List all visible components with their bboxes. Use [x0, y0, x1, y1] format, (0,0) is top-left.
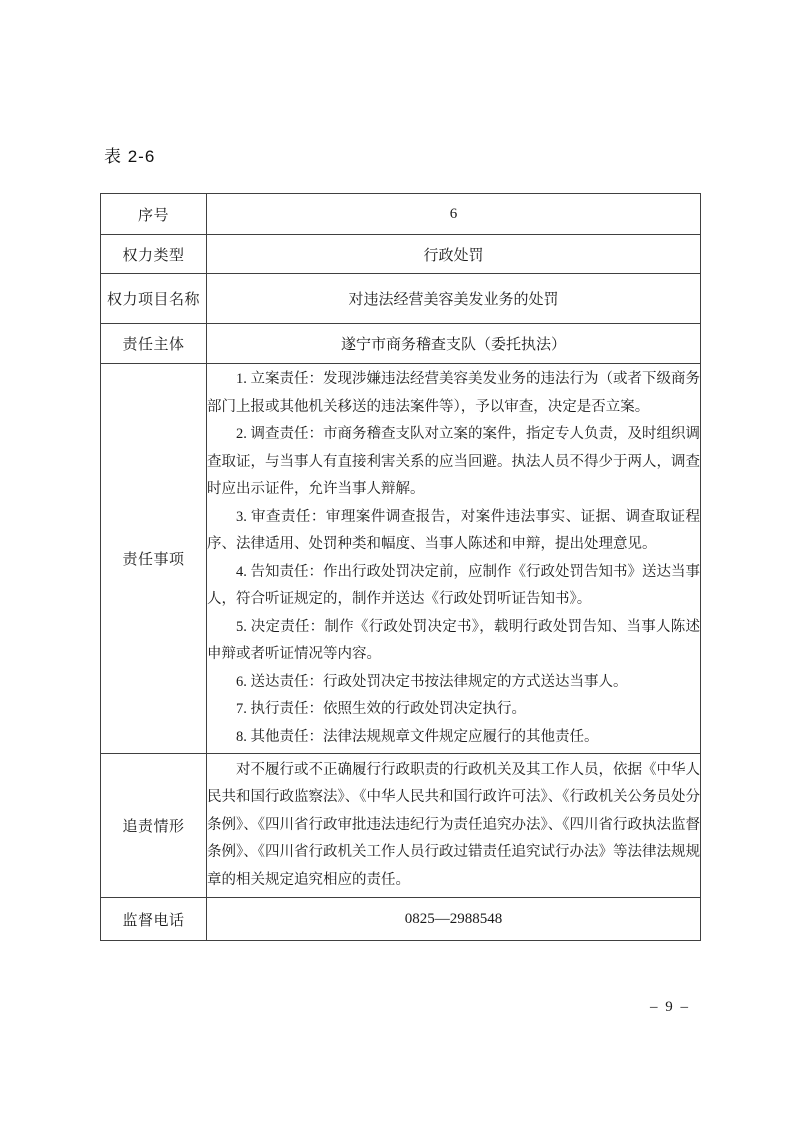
responsibility-item: 3. 审查责任：审理案件调查报告，对案件违法事实、证据、调查取证程序、法律适用、… — [207, 504, 700, 559]
row-label: 责任主体 — [101, 324, 207, 364]
power-duty-table: 序号 6 权力类型 行政处罚 权力项目名称 对违法经营美容美发业务的处罚 责任主… — [100, 193, 701, 941]
responsibility-item: 1. 立案责任：发现涉嫌违法经营美容美发业务的违法行为（或者下级商务部门上报或其… — [207, 366, 700, 421]
row-value: 对违法经营美容美发业务的处罚 — [207, 274, 701, 324]
row-label: 序号 — [101, 194, 207, 235]
row-value-paragraphs: 1. 立案责任：发现涉嫌违法经营美容美发业务的违法行为（或者下级商务部门上报或其… — [207, 364, 701, 754]
page-number: – 9 – — [640, 999, 700, 1016]
document-page: 表 2-6 序号 6 权力类型 行政处罚 权力项目名称 对违法经营美容美发业务的… — [0, 0, 793, 1122]
row-label: 权力类型 — [101, 235, 207, 274]
table-caption: 表 2-6 — [104, 142, 155, 167]
accountability-text: 对不履行或不正确履行行政职责的行政机关及其工作人员，依据《中华人民共和国行政监察… — [207, 757, 700, 895]
responsibility-item: 2. 调查责任：市商务稽查支队对立案的案件，指定专人负责，及时组织调查取证，与当… — [207, 421, 700, 504]
row-value: 行政处罚 — [207, 235, 701, 274]
table-row-accountability-situations: 追责情形 对不履行或不正确履行行政职责的行政机关及其工作人员，依据《中华人民共和… — [101, 754, 701, 898]
row-label: 权力项目名称 — [101, 274, 207, 324]
row-label: 监督电话 — [101, 898, 207, 941]
responsibility-item: 7. 执行责任：依照生效的行政处罚决定执行。 — [207, 696, 700, 724]
responsibility-item: 6. 送达责任：行政处罚决定书按法律规定的方式送达当事人。 — [207, 669, 700, 697]
table-row-responsible-entity: 责任主体 遂宁市商务稽查支队（委托执法） — [101, 324, 701, 364]
table-row-responsibility-items: 责任事项 1. 立案责任：发现涉嫌违法经营美容美发业务的违法行为（或者下级商务部… — [101, 364, 701, 754]
row-value: 6 — [207, 194, 701, 235]
table-row-power-type: 权力类型 行政处罚 — [101, 235, 701, 274]
row-value: 遂宁市商务稽查支队（委托执法） — [207, 324, 701, 364]
row-value: 0825—2988548 — [207, 898, 701, 941]
responsibility-item: 5. 决定责任：制作《行政处罚决定书》，载明行政处罚告知、当事人陈述申辩或者听证… — [207, 614, 700, 669]
row-label: 责任事项 — [101, 364, 207, 754]
row-label: 追责情形 — [101, 754, 207, 898]
row-value-paragraphs: 对不履行或不正确履行行政职责的行政机关及其工作人员，依据《中华人民共和国行政监察… — [207, 754, 701, 898]
responsibility-item: 4. 告知责任：作出行政处罚决定前，应制作《行政处罚告知书》送达当事人，符合听证… — [207, 559, 700, 614]
table-row-supervision-phone: 监督电话 0825—2988548 — [101, 898, 701, 941]
responsibility-item: 8. 其他责任：法律法规规章文件规定应履行的其他责任。 — [207, 724, 700, 752]
table-row-power-item-name: 权力项目名称 对违法经营美容美发业务的处罚 — [101, 274, 701, 324]
table-row-serial-number: 序号 6 — [101, 194, 701, 235]
